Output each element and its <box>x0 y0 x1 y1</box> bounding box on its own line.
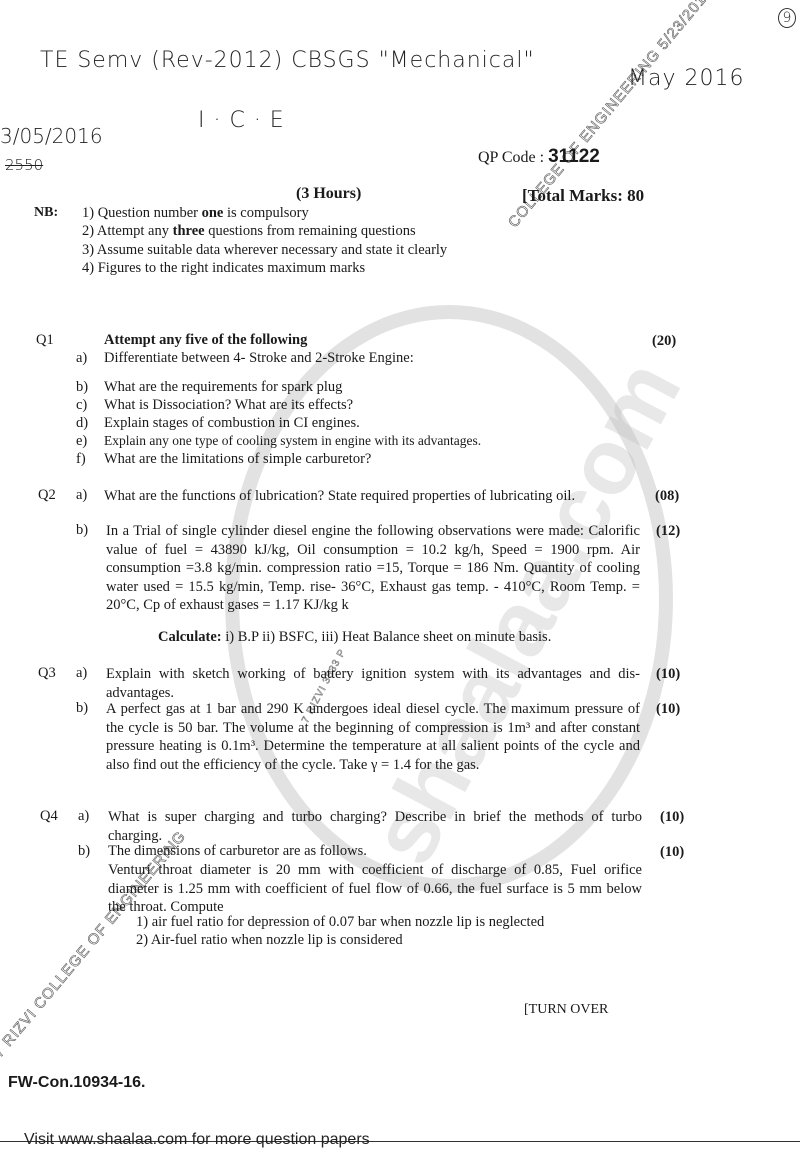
q2a-marks: (08) <box>655 488 679 505</box>
q1c-letter: c) <box>76 397 87 414</box>
q1e-text: Explain any one type of cooling system i… <box>104 433 481 449</box>
q4a-letter: a) <box>78 808 89 825</box>
instruction-2: 2) Attempt any three questions from rema… <box>82 223 416 240</box>
qp-code-label: QP Code : <box>478 149 544 166</box>
handwritten-date-right: May 2016 <box>628 66 744 91</box>
q2-calculate: Calculate: i) B.P ii) BSFC, iii) Heat Ba… <box>158 629 551 646</box>
q4-number: Q4 <box>40 808 58 825</box>
exam-date-handwritten: 3/05/2016 <box>0 124 103 148</box>
q4b-text: The dimensions of carburetor are as foll… <box>108 843 367 860</box>
nb-label: NB: <box>34 205 58 221</box>
q1b-letter: b) <box>76 379 88 396</box>
q1-heading: Attempt any five of the following <box>104 332 307 349</box>
q1c-text: What is Dissociation? What are its effec… <box>104 397 353 414</box>
total-marks: [Total Marks: 80 <box>522 186 644 206</box>
q1f-letter: f) <box>76 451 86 468</box>
q4b-sub-item-2: 2) Air-fuel ratio when nozzle lip is con… <box>136 932 403 949</box>
q2a-text: What are the functions of lubrication? S… <box>104 487 640 506</box>
qp-code: 31122 <box>548 146 600 167</box>
q1a-text: Differentiate between 4- Stroke and 2-St… <box>104 350 414 367</box>
handwritten-title: TE Semv (Rev-2012) CBSGS "Mechanical" <box>40 48 535 73</box>
q1a-letter: a) <box>76 350 87 367</box>
q3b-letter: b) <box>76 700 88 717</box>
q1e-letter: e) <box>76 433 87 450</box>
q2-number: Q2 <box>38 487 56 504</box>
q4a-marks: (10) <box>660 809 684 826</box>
page-mark: 9 <box>778 8 796 28</box>
instruction-3: 3) Assume suitable data wherever necessa… <box>82 242 447 259</box>
q1d-text: Explain stages of combustion in CI engin… <box>104 415 360 432</box>
q2b-letter: b) <box>76 522 88 539</box>
q4b-detail: Venturi throat diameter is 20 mm with co… <box>108 861 642 917</box>
con-code: FW-Con.10934-16. <box>8 1074 146 1092</box>
q4a-text: What is super charging and turbo chargin… <box>108 808 642 845</box>
q3b-text: A perfect gas at 1 bar and 290 K undergo… <box>106 700 640 774</box>
duration: (3 Hours) <box>296 185 361 203</box>
q1-number: Q1 <box>36 332 54 349</box>
q4b-letter: b) <box>78 843 90 860</box>
turn-over: [TURN OVER <box>524 1002 608 1018</box>
q3-number: Q3 <box>38 665 56 682</box>
q2b-text: In a Trial of single cylinder diesel eng… <box>106 522 640 615</box>
q1f-text: What are the limitations of simple carbu… <box>104 451 371 468</box>
q4b-marks: (10) <box>660 844 684 861</box>
qp-code-block: QP Code : 31122 <box>478 146 600 168</box>
subject-handwritten: I · C · E <box>198 108 285 133</box>
promo-link[interactable]: Visit www.shaalaa.com for more question … <box>24 1131 370 1149</box>
q1b-text: What are the requirements for spark plug <box>104 379 342 396</box>
q1-marks: (20) <box>652 333 676 350</box>
q3b-marks: (10) <box>656 701 680 718</box>
q3a-letter: a) <box>76 665 87 682</box>
instruction-1: 1) Question number one is compulsory <box>82 205 309 222</box>
instruction-4: 4) Figures to the right indicates maximu… <box>82 260 365 277</box>
q2b-marks: (12) <box>656 523 680 540</box>
q2a-letter: a) <box>76 487 87 504</box>
q4b-sub-item-1: 1) air fuel ratio for depression of 0.07… <box>136 914 544 931</box>
q1d-letter: d) <box>76 415 88 432</box>
q3a-text: Explain with sketch working of battery i… <box>106 665 640 702</box>
struck-note: 2550 <box>5 156 43 174</box>
q3a-marks: (10) <box>656 666 680 683</box>
